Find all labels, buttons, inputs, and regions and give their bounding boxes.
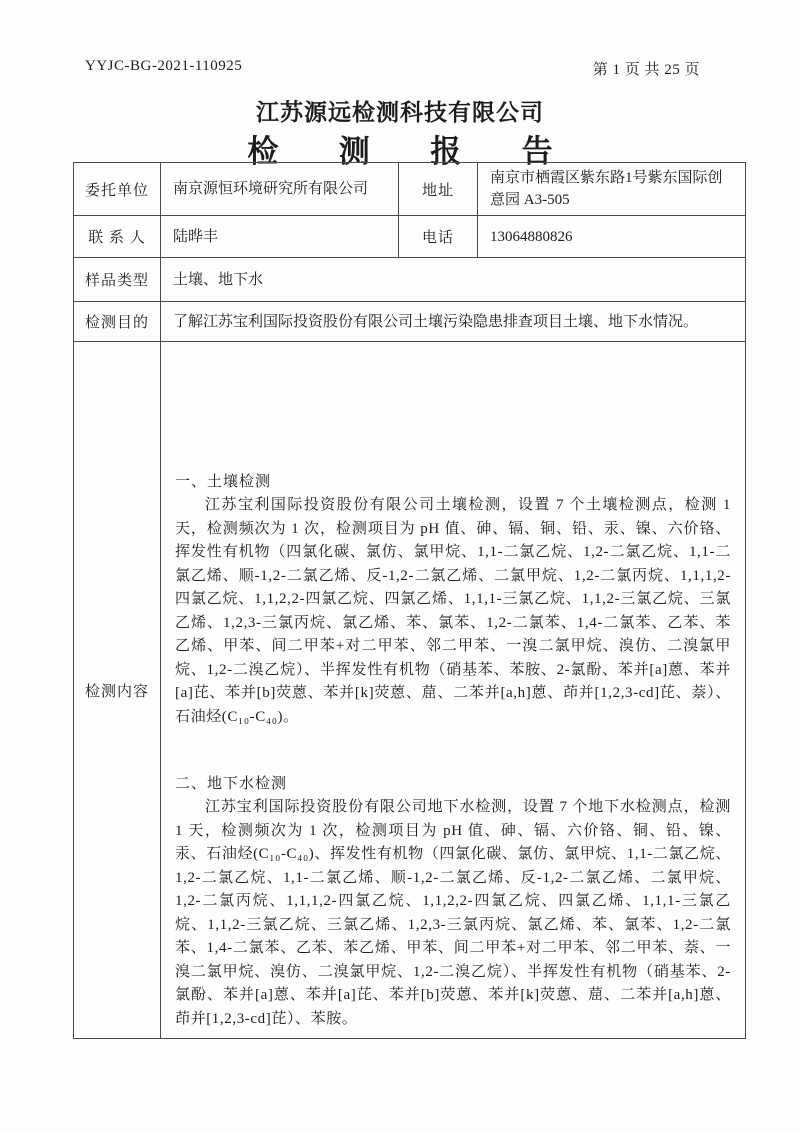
row-test-purpose: 检测目的 了解江苏宝利国际投资股份有限公司土壤污染隐患排查项目土壤、地下水情况。 (74, 302, 746, 342)
test-purpose-label: 检测目的 (74, 302, 161, 342)
contact-label: 联 系 人 (74, 216, 161, 258)
address-value: 南京市栖霞区紫东路1号紫东国际创意园 A3-505 (478, 163, 746, 216)
report-number: YYJC-BG-2021-110925 (85, 58, 242, 79)
client-label: 委托单位 (74, 163, 161, 216)
company-name: 江苏源远检测科技有限公司 (0, 94, 800, 127)
document-page: YYJC-BG-2021-110925 第 1 页 共 25 页 江苏源远检测科… (0, 0, 800, 1131)
soil-section: 一、土壤检测 江苏宝利国际投资股份有限公司土壤检测，设置 7 个土壤检测点，检测… (175, 471, 731, 729)
page-indicator: 第 1 页 共 25 页 (593, 58, 700, 79)
phone-label: 电话 (399, 216, 478, 258)
row-sample-type: 样品类型 土壤、地下水 (74, 258, 746, 302)
contact-value: 陆晔丰 (161, 216, 399, 258)
phone-value: 13064880826 (478, 216, 746, 258)
sample-type-label: 样品类型 (74, 258, 161, 302)
client-value: 南京源恒环境研究所有限公司 (161, 163, 399, 216)
page-header: YYJC-BG-2021-110925 第 1 页 共 25 页 (85, 58, 700, 79)
soil-section-paragraph: 江苏宝利国际投资股份有限公司土壤检测，设置 7 个土壤检测点，检测 1 天，检测… (175, 494, 731, 729)
groundwater-section-heading: 二、地下水检测 (175, 773, 731, 796)
sample-type-value: 土壤、地下水 (161, 258, 746, 302)
groundwater-section-paragraph: 江苏宝利国际投资股份有限公司地下水检测，设置 7 个地下水检测点，检测 1 天，… (175, 796, 731, 1031)
groundwater-section: 二、地下水检测 江苏宝利国际投资股份有限公司地下水检测，设置 7 个地下水检测点… (175, 773, 731, 1031)
test-purpose-value: 了解江苏宝利国际投资股份有限公司土壤污染隐患排查项目土壤、地下水情况。 (161, 302, 746, 342)
test-content-value: 一、土壤检测 江苏宝利国际投资股份有限公司土壤检测，设置 7 个土壤检测点，检测… (161, 342, 746, 1039)
soil-section-heading: 一、土壤检测 (175, 471, 731, 494)
row-test-content: 检测内容 一、土壤检测 江苏宝利国际投资股份有限公司土壤检测，设置 7 个土壤检… (74, 342, 746, 1039)
test-content-label: 检测内容 (74, 342, 161, 1039)
address-label: 地址 (399, 163, 478, 216)
report-table: 委托单位 南京源恒环境研究所有限公司 地址 南京市栖霞区紫东路1号紫东国际创意园… (73, 162, 746, 1039)
row-client: 委托单位 南京源恒环境研究所有限公司 地址 南京市栖霞区紫东路1号紫东国际创意园… (74, 163, 746, 216)
row-contact: 联 系 人 陆晔丰 电话 13064880826 (74, 216, 746, 258)
